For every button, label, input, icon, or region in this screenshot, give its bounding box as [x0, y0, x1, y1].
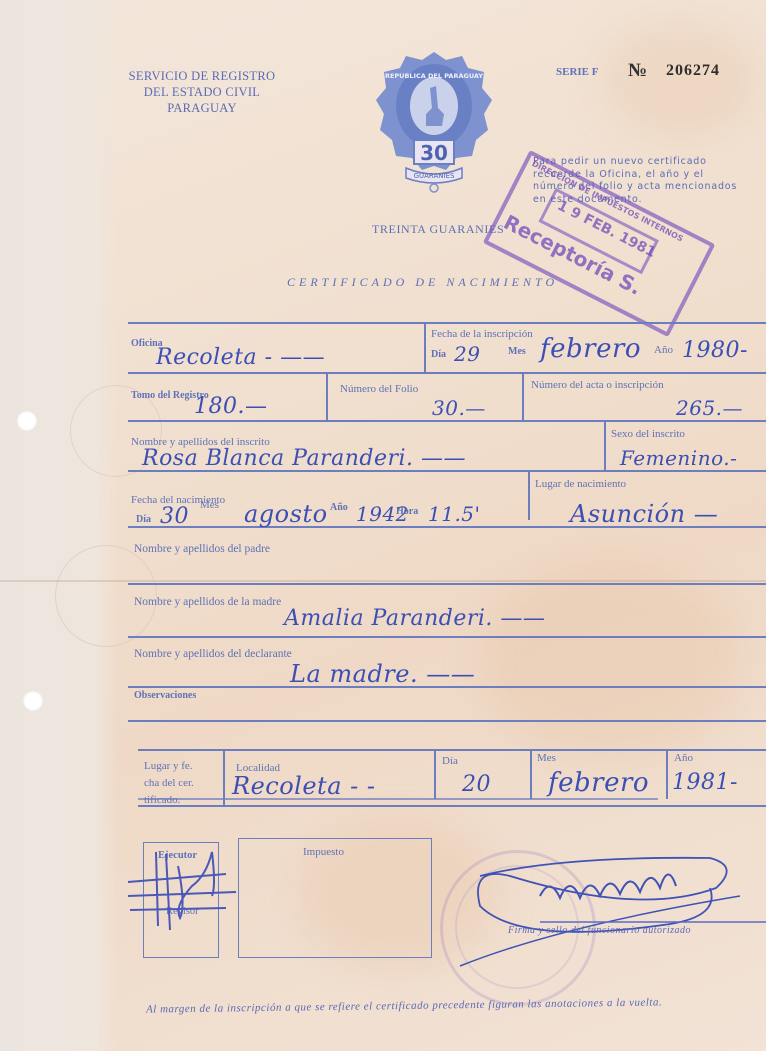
coat-of-arms-icon: 30 GUARANIES REPUBLICA DEL PARAGUAY	[372, 48, 496, 194]
sexo-value: Femenino.-	[620, 446, 737, 470]
official-signature-icon	[440, 846, 766, 986]
folio-label: Número del Folio	[340, 383, 418, 395]
initials-signature-icon	[126, 846, 236, 936]
acta-label: Número del acta o inscripción	[531, 379, 664, 391]
declarant-name-value: La madre. ——	[290, 660, 475, 688]
certificate-place-date-label: Lugar y fe. cha del cer. tificado.	[144, 758, 194, 809]
cert-month-value: febrero	[548, 768, 649, 798]
svg-text:GUARANIES: GUARANIES	[414, 172, 455, 180]
svg-text:30: 30	[420, 141, 448, 165]
form-divider	[528, 470, 530, 520]
acta-value: 265.—	[676, 396, 743, 420]
localidad-value: Recoleta - -	[232, 772, 375, 800]
observations-label: Observaciones	[134, 690, 196, 701]
punch-hole	[23, 691, 43, 711]
cert-day-label: Día	[442, 755, 458, 767]
form-rule	[128, 372, 766, 374]
birth-hour-value: 11.5'	[428, 502, 481, 526]
org-line-2: DEL ESTADO CIVIL	[112, 84, 292, 100]
cert-year-label: Año	[674, 752, 693, 764]
form-divider	[530, 749, 532, 799]
form-divider	[666, 749, 668, 799]
inscription-month-label: Mes	[508, 346, 526, 357]
inscription-year-value: 1980-	[682, 338, 748, 363]
stamp-value-words: TREINTA GUARANIES	[372, 222, 504, 237]
form-rule	[138, 798, 658, 800]
signature-caption: Firma y sello del funcionario autorizado	[508, 925, 691, 936]
mother-name-label: Nombre y apellidos de la madre	[134, 596, 281, 608]
mother-name-value: Amalia Paranderi. ——	[284, 606, 545, 631]
cert-day-value: 20	[462, 772, 491, 797]
svg-text:REPUBLICA DEL PARAGUAY: REPUBLICA DEL PARAGUAY	[385, 72, 483, 80]
declarant-name-label: Nombre y apellidos del declarante	[134, 648, 292, 660]
inscription-month-value: febrero	[540, 334, 641, 364]
form-rule	[128, 322, 766, 324]
national-seal-stamp: 30 GUARANIES REPUBLICA DEL PARAGUAY	[372, 48, 496, 194]
cert-month-label: Mes	[537, 752, 556, 764]
series-label: SERIE F	[556, 66, 599, 78]
oficina-value: Recoleta - ——	[156, 345, 325, 370]
sexo-label: Sexo del inscrito	[611, 428, 685, 440]
paper-left-margin	[0, 0, 118, 1051]
birthplace-label: Lugar de nacimiento	[535, 478, 626, 490]
form-divider	[326, 372, 328, 422]
form-rule	[128, 420, 766, 422]
number-symbol: №	[628, 60, 647, 82]
form-divider	[424, 322, 426, 372]
inscription-year-label: Año	[654, 344, 673, 356]
folio-value: 30.—	[432, 396, 486, 420]
birth-day-label: Día	[136, 514, 151, 525]
paper-stain	[600, 20, 760, 140]
paper-fold-line	[0, 580, 766, 582]
form-divider	[434, 749, 436, 799]
label-line-1: Lugar y fe.	[144, 758, 194, 775]
impuesto-label: Impuesto	[303, 846, 344, 858]
form-rule	[138, 749, 766, 751]
birth-year-label: Año	[330, 502, 348, 513]
document-title: CERTIFICADO DE NACIMIENTO	[287, 275, 558, 290]
tomo-value: 180.—	[194, 394, 267, 419]
birthplace-value: Asunción —	[570, 500, 718, 528]
father-name-label: Nombre y apellidos del padre	[134, 543, 270, 555]
footer-note: Al margen de la inscripción a que se ref…	[146, 996, 662, 1015]
birth-month-label: Mes	[200, 499, 219, 511]
org-line-1: SERVICIO DE REGISTRO	[112, 68, 292, 84]
birth-certificate-page: SERVICIO DE REGISTRO DEL ESTADO CIVIL PA…	[0, 0, 766, 1051]
form-divider	[522, 372, 524, 422]
form-rule	[138, 805, 766, 807]
punch-hole	[17, 411, 37, 431]
birth-hour-label: Hora	[396, 506, 418, 517]
issuing-authority: SERVICIO DE REGISTRO DEL ESTADO CIVIL PA…	[112, 68, 292, 116]
inscription-day-value: 29	[454, 342, 480, 366]
inscription-date-label: Fecha de la inscripción	[431, 328, 533, 340]
birth-day-value: 30	[160, 504, 189, 529]
form-divider	[604, 420, 606, 470]
inscription-day-label: Día	[431, 349, 446, 360]
form-rule	[128, 720, 766, 722]
label-line-2: cha del cer.	[144, 775, 194, 792]
org-line-3: PARAGUAY	[112, 100, 292, 116]
paper-stain	[480, 560, 740, 760]
form-rule	[128, 636, 766, 638]
form-rule	[128, 583, 766, 585]
form-divider	[223, 749, 225, 806]
inscrito-name-value: Rosa Blanca Paranderi. ——	[142, 446, 466, 471]
birth-month-value: agosto	[244, 500, 328, 528]
label-line-3: tificado.	[144, 792, 194, 809]
cert-year-value: 1981-	[672, 770, 738, 795]
certificate-number: 206274	[666, 62, 720, 80]
